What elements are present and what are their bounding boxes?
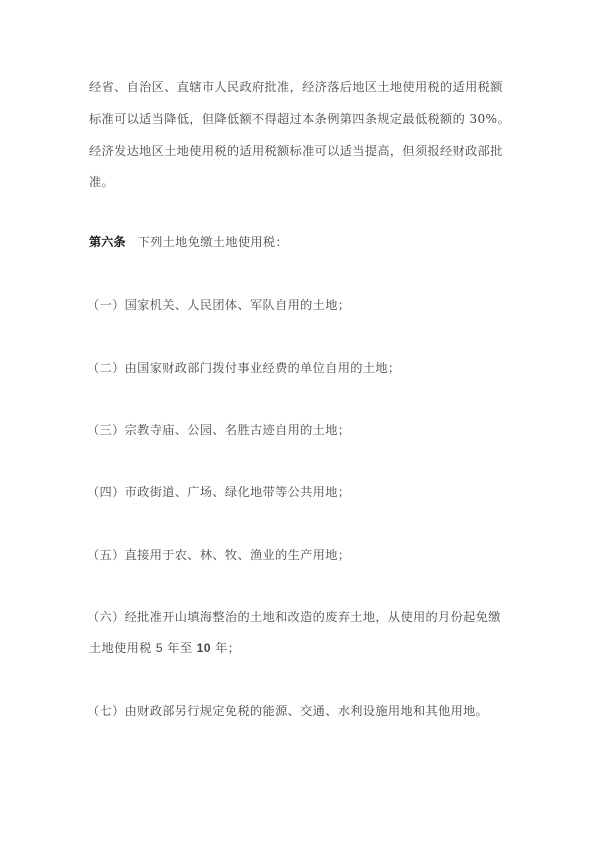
- article-heading: 第六条下列土地免缴土地使用税：: [89, 234, 288, 250]
- paragraph-line-1: 经省、自治区、直辖市人民政府批准，经济落后地区土地使用税的适用税额: [89, 79, 503, 95]
- item-text: 市政街道、广场、绿化地带等公共用地；: [125, 485, 351, 499]
- item-text: 直接用于农、林、牧、渔业的生产用地；: [125, 548, 351, 562]
- list-item-5: （五）直接用于农、林、牧、渔业的生产用地；: [87, 547, 350, 563]
- item-text: 宗教寺庙、公园、名胜古迹自用的土地；: [125, 423, 351, 437]
- list-item-7: （七）由财政部另行规定免税的能源、交通、水利设施用地和其他用地。: [87, 703, 488, 719]
- item-marker: （七）: [87, 704, 125, 718]
- item-text: 经批准开山填海整治的土地和改造的废弃土地，从使用的月份起免缴: [125, 610, 501, 624]
- item-marker: （五）: [87, 548, 125, 562]
- paragraph-line-3: 经济发达地区土地使用税的适用税额标准可以适当提高，但须报经财政部批: [89, 143, 503, 159]
- item-text: 国家机关、人民团体、军队自用的土地；: [125, 298, 351, 312]
- list-item-1: （一）国家机关、人民团体、军队自用的土地；: [87, 297, 350, 313]
- item-text: 由国家财政部门拨付事业经费的单位自用的土地；: [125, 361, 401, 375]
- item-text: 由财政部另行规定免税的能源、交通、水利设施用地和其他用地。: [125, 704, 489, 718]
- item-marker: （一）: [87, 298, 125, 312]
- continuation-text: 年至: [163, 641, 197, 655]
- article-label: 第六条: [89, 235, 126, 249]
- item-marker: （六）: [87, 610, 125, 624]
- item-marker: （四）: [87, 485, 125, 499]
- list-item-3: （三）宗教寺庙、公园、名胜古迹自用的土地；: [87, 422, 350, 438]
- item-marker: （二）: [87, 361, 125, 375]
- paragraph-line-2: 标准可以适当降低，但降低额不得超过本条例第四条规定最低税额的 30%。: [89, 111, 510, 127]
- document-page: 经省、自治区、直辖市人民政府批准，经济落后地区土地使用税的适用税额 标准可以适当…: [0, 0, 595, 841]
- paragraph-line-4: 准。: [89, 174, 114, 190]
- continuation-text: 土地使用税: [89, 641, 156, 655]
- item-marker: （三）: [87, 423, 125, 437]
- continuation-text: 年；: [211, 641, 240, 655]
- list-item-6-continuation: 土地使用税 5 年至 10 年；: [89, 640, 240, 656]
- years-max: 10: [197, 641, 211, 655]
- article-intro: 下列土地免缴土地使用税：: [138, 235, 288, 249]
- list-item-6: （六）经批准开山填海整治的土地和改造的废弃土地，从使用的月份起免缴: [87, 609, 501, 625]
- list-item-4: （四）市政街道、广场、绿化地带等公共用地；: [87, 484, 350, 500]
- years-min: 5: [156, 641, 163, 655]
- list-item-2: （二）由国家财政部门拨付事业经费的单位自用的土地；: [87, 360, 400, 376]
